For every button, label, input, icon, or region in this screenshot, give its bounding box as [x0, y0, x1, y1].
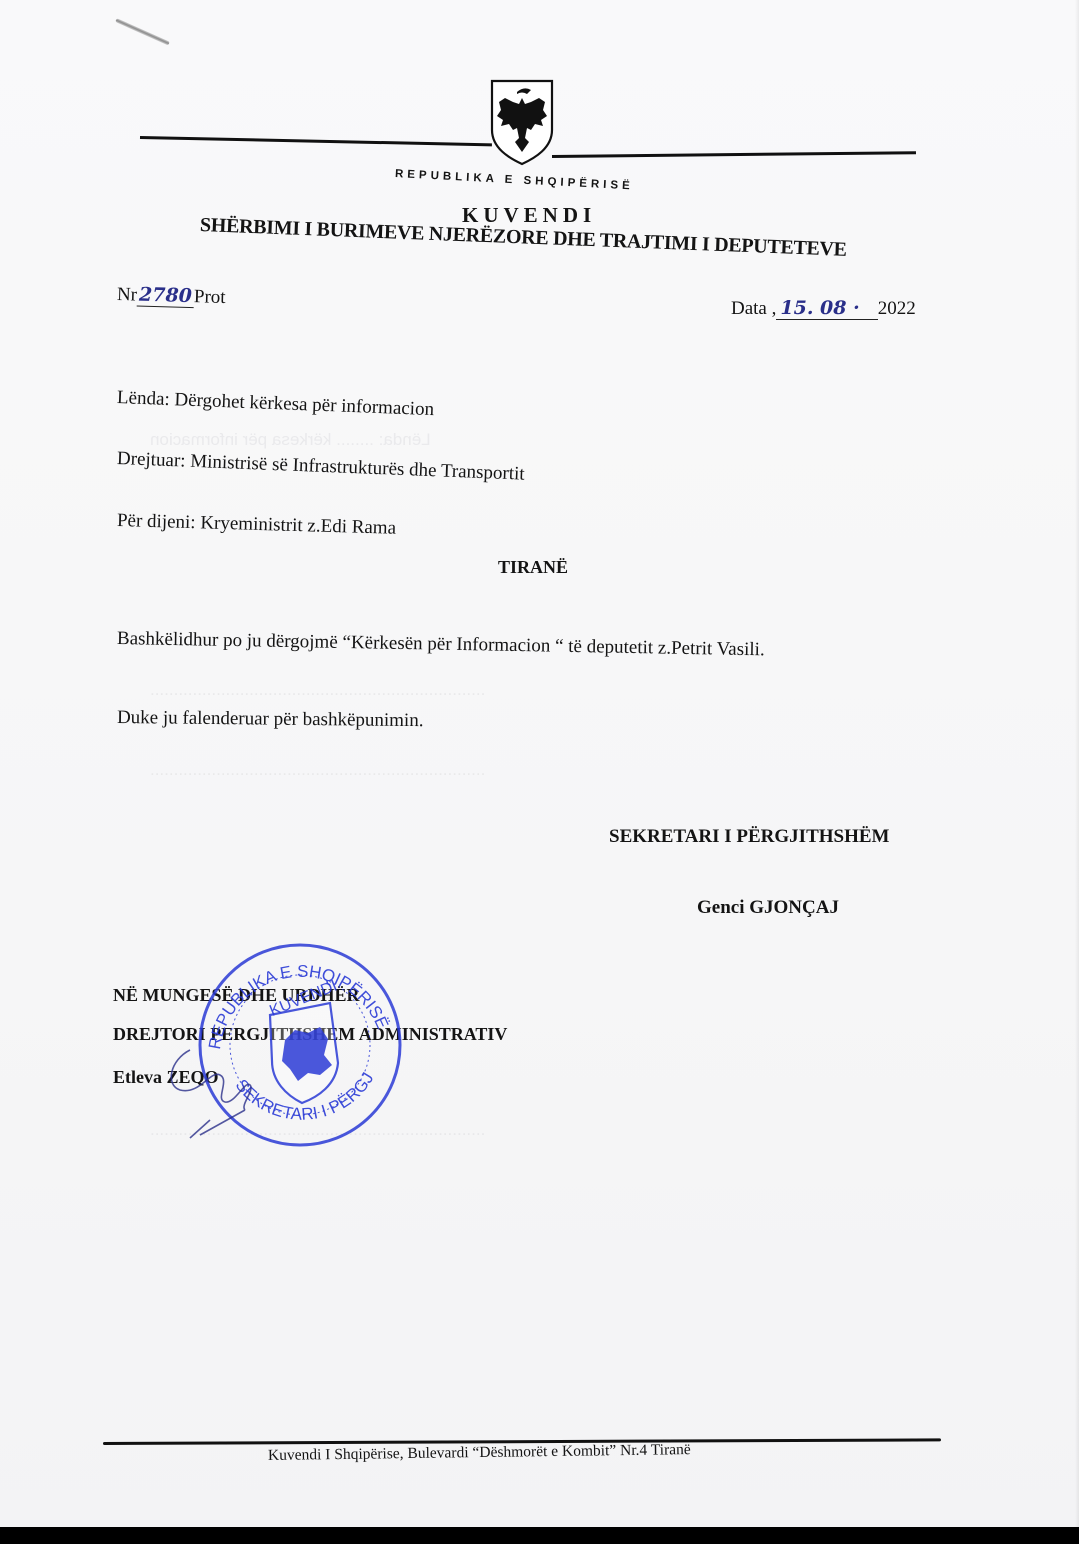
body-paragraph: Bashkëlidhur po ju dërgojmë “Kërkesën pë… [117, 628, 765, 661]
footer-address: Kuvendi I Shqipërise, Bulevardi “Dëshmor… [268, 1441, 691, 1465]
closing-line: Duke ju falenderuar për bashkëpunimin. [117, 707, 424, 732]
date-label: Data , [731, 298, 776, 319]
date-handwritten: 15. 08 · [776, 297, 877, 320]
document-date: Data ,15. 08 ·2022 [731, 297, 916, 320]
signatory-name: Genci GJONÇAJ [697, 897, 839, 919]
protocol-number-handwritten: 2780 [137, 284, 195, 309]
bleed-through-text: ........................................… [150, 680, 485, 700]
header-rule-right [552, 151, 916, 158]
protocol-prefix: Nr [117, 284, 138, 306]
protocol-suffix: Prot [194, 286, 226, 308]
date-year: 2022 [878, 298, 916, 319]
protocol-number: Nr2780Prot [117, 283, 226, 309]
page-edge-shadow [1075, 0, 1079, 1527]
cc-line: Për dijeni: Kryeministrit z.Edi Rama [117, 510, 397, 540]
scan-border [0, 1527, 1079, 1544]
handwritten-signature-icon [150, 1030, 360, 1140]
bleed-through-text: Lënda: ........ kërkesa për informacion [150, 430, 431, 450]
addressee-line: Drejtuar: Ministrisë së Infrastrukturës … [117, 448, 525, 486]
republic-heading: REPUBLIKA E SHQIPËRISË [395, 168, 634, 192]
header-rule-left [140, 136, 492, 146]
signatory-title: SEKRETARI I PËRGJITHSHËM [609, 826, 889, 848]
document-page: Lënda: ........ kërkesa për informacion … [0, 0, 1079, 1544]
albanian-eagle-emblem-icon [489, 78, 555, 166]
bleed-through-text: ........................................… [150, 760, 485, 780]
city-line: TIRANË [498, 557, 568, 578]
staple-pin-icon [115, 18, 170, 45]
subject-line: Lënda: Dërgohet kërkesa për informacion [117, 387, 435, 421]
